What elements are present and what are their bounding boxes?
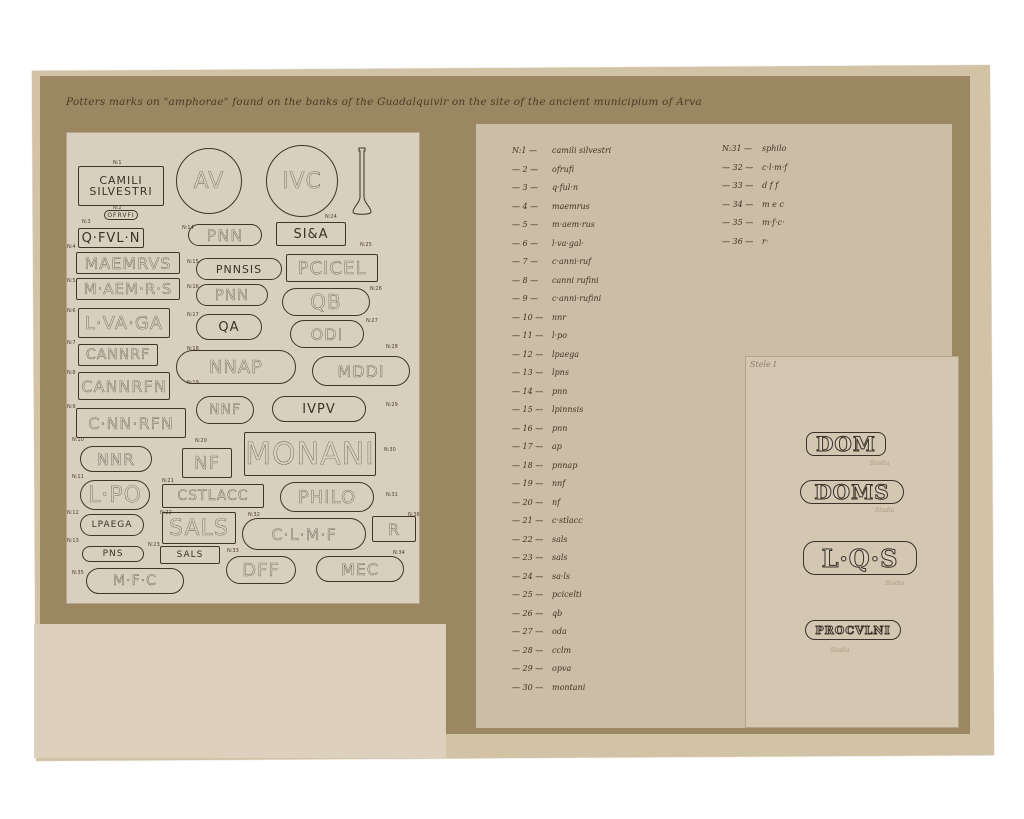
stamp-number: N:10 <box>72 437 84 443</box>
potter-stamp: SI&A <box>276 222 346 246</box>
potter-stamp: NNAP <box>176 350 296 384</box>
stamp-caption: Stadia <box>830 647 849 654</box>
stamp-number: N:21 <box>162 478 174 484</box>
list-item: — 5 —m·aem·rus <box>512 220 611 239</box>
stamp-number: N:23 <box>148 542 160 548</box>
stamp-number: N:34 <box>393 550 405 556</box>
stamp-number: N:19 <box>187 380 199 386</box>
list-item-number: — 33 — <box>722 181 762 190</box>
list-item: — 15 —lpinnsis <box>512 405 611 424</box>
potter-stamp: PCICEL <box>286 254 378 282</box>
list-item: — 4 —maemrus <box>512 202 611 221</box>
potter-stamp: PNN <box>196 284 268 306</box>
list-item-number: — 35 — <box>722 218 762 227</box>
list-item-value: l·po <box>552 331 567 340</box>
list-item: — 3 —q·ful·n <box>512 183 611 202</box>
list-item-value: pnn <box>552 424 567 433</box>
list-item-value: canni rufini <box>552 276 599 285</box>
list-item-number: — 25 — <box>512 590 552 599</box>
stamp-number: N:3 <box>82 219 91 225</box>
list-item-number: — 18 — <box>512 461 552 470</box>
potter-stamp: MONANI <box>244 432 376 476</box>
potter-stamp: MEC <box>316 556 404 582</box>
potter-stamp: AV <box>176 148 242 214</box>
stamp-number: N:17 <box>187 312 199 318</box>
stele-label: Stele I <box>750 360 776 369</box>
list-item-value: cclm <box>552 646 571 655</box>
potter-stamp: Q·FVL·N <box>78 228 144 248</box>
list-item-number: — 11 — <box>512 331 552 340</box>
stamp-number: N:33 <box>227 548 239 554</box>
list-item-value: m e c <box>762 200 784 209</box>
stamp-number: N:15 <box>187 259 199 265</box>
list-item-value: qb <box>552 609 562 618</box>
potter-stamp: C·L·M·F <box>242 518 366 550</box>
list-item: — 19 —nnf <box>512 479 611 498</box>
list-item: — 10 —nnr <box>512 313 611 332</box>
potter-stamp: IVC <box>266 145 338 217</box>
stamp-number: N:27 <box>366 318 378 324</box>
list-item-number: — 19 — <box>512 479 552 488</box>
list-item: — 32 —c·l·m·f <box>722 163 787 182</box>
stamp-number: N:6 <box>67 308 76 314</box>
list-item-value: maemrus <box>552 202 590 211</box>
stamp-number: N:28 <box>386 344 398 350</box>
list-item-number: — 5 — <box>512 220 552 229</box>
list-item-value: d f f <box>762 181 778 190</box>
potter-stamp: IVPV <box>272 396 366 422</box>
list-item: — 2 —ofrufi <box>512 165 611 184</box>
stamp-number: N:16 <box>187 284 199 290</box>
list-item-number: — 20 — <box>512 498 552 507</box>
list-item-value: ap <box>552 442 562 451</box>
stamp-number: N:29 <box>386 402 398 408</box>
pencil-note <box>615 410 617 417</box>
list-item-number: — 30 — <box>512 683 552 692</box>
stamp-number: N:32 <box>248 512 260 518</box>
list-item-value: c·anni·ruf <box>552 257 591 266</box>
list-item: — 34 —m e c <box>722 200 787 219</box>
stamp-number: N:13 <box>67 538 79 544</box>
list-item-value: lpinnsis <box>552 405 583 414</box>
stamp-caption: Stadia <box>870 460 889 467</box>
list-item-number: — 7 — <box>512 257 552 266</box>
plate-title: Potters marks on "amphorae" found on the… <box>66 96 702 108</box>
potter-stamp: M·AEM·R·S <box>76 278 180 300</box>
list-item: — 20 —nf <box>512 498 611 517</box>
stamp-number: N:4 <box>67 244 76 250</box>
potter-stamp: QA <box>196 314 262 340</box>
list-item-value: camili silvestri <box>552 146 611 155</box>
list-item-value: m·f·c· <box>762 218 785 227</box>
stamp-number: N:14 <box>182 225 194 231</box>
list-item-number: — 15 — <box>512 405 552 414</box>
list-item: — 16 —pnn <box>512 424 611 443</box>
list-item: — 36 —r· <box>722 237 787 256</box>
list-item-number: — 13 — <box>512 368 552 377</box>
list-item-number: — 28 — <box>512 646 552 655</box>
potter-stamp: SALS <box>160 546 220 564</box>
list-item: — 25 —pcicelti <box>512 590 611 609</box>
potter-stamp: C·NN·RFN <box>76 408 186 438</box>
list-item-value: nf <box>552 498 560 507</box>
potter-stamp: M·F·C <box>86 568 184 594</box>
potter-stamp: PNNSIS <box>196 258 282 280</box>
list-item-number: — 26 — <box>512 609 552 618</box>
list-item-number: — 2 — <box>512 165 552 174</box>
potter-stamp: CSTLACC <box>162 484 264 508</box>
stamp-number: N:22 <box>160 510 172 516</box>
list-item: — 30 —montani <box>512 683 611 702</box>
list-item: — 9 —c·anni·rufini <box>512 294 611 313</box>
stamp-number: N:18 <box>187 346 199 352</box>
list-item-value: r· <box>762 237 768 246</box>
stamp-number: N:7 <box>67 340 76 346</box>
stamp-number: N:26 <box>370 286 382 292</box>
transcription-list-1: N:1 —camili silvestri— 2 —ofrufi— 3 —q·f… <box>512 146 611 701</box>
list-item: — 21 —c·stlacc <box>512 516 611 535</box>
potter-stamp: PNN <box>188 224 262 246</box>
amphora-icon <box>350 146 374 218</box>
list-item-value: sals <box>552 553 568 562</box>
list-item-value: oda <box>552 627 567 636</box>
list-item-value: m·aem·rus <box>552 220 595 229</box>
list-item: — 23 —sals <box>512 553 611 572</box>
potter-stamp: SALS <box>162 512 236 544</box>
list-item-value: pnnap <box>552 461 577 470</box>
potter-stamp: CANNRFN <box>78 372 170 400</box>
list-item: — 7 —c·anni·ruf <box>512 257 611 276</box>
stamp-number: N:11 <box>72 474 84 480</box>
list-item: — 29 —opva <box>512 664 611 683</box>
list-item-number: — 17 — <box>512 442 552 451</box>
list-item: — 12 —lpaega <box>512 350 611 369</box>
potter-stamp: CANNRF <box>78 344 158 366</box>
list-item-value: pnn <box>552 387 567 396</box>
list-item-number: — 14 — <box>512 387 552 396</box>
list-item-number: — 27 — <box>512 627 552 636</box>
list-item: — 17 —ap <box>512 442 611 461</box>
stamp-number: N:5 <box>67 278 76 284</box>
stamp-caption: Stadia <box>875 507 894 514</box>
list-item-value: opva <box>552 664 571 673</box>
list-item-number: — 9 — <box>512 294 552 303</box>
list-item-number: N:1 — <box>512 146 552 155</box>
list-item: N:31 —sphilo <box>722 144 787 163</box>
potter-stamp: DFF <box>226 556 296 584</box>
list-item-number: — 23 — <box>512 553 552 562</box>
list-item: — 27 —oda <box>512 627 611 646</box>
list-item-value: sals <box>552 535 568 544</box>
list-item-value: sa·ls <box>552 572 570 581</box>
blank-card <box>34 624 446 758</box>
stamp-number: N:31 <box>386 492 398 498</box>
stamp-number: N:1 <box>113 160 122 166</box>
stamp-procvlni: PROCVLNI <box>805 620 901 640</box>
list-item-number: — 12 — <box>512 350 552 359</box>
potter-stamp: PNS <box>82 546 144 562</box>
list-item-value: c·anni·rufini <box>552 294 601 303</box>
stamp-number: N:12 <box>67 510 79 516</box>
stamp-number: N:2 <box>113 205 122 211</box>
list-item: — 13 —lpns <box>512 368 611 387</box>
potter-stamp: PHILO <box>280 482 374 512</box>
list-item-value: q·ful·n <box>552 183 578 192</box>
potter-stamp: L·PO <box>80 480 150 510</box>
stamp-number: N:9 <box>67 404 76 410</box>
potter-stamp: NNR <box>80 446 152 472</box>
potter-stamp: LPAEGA <box>80 514 144 536</box>
list-item: — 11 —l·po <box>512 331 611 350</box>
list-item-number: — 10 — <box>512 313 552 322</box>
potter-stamp: CAMILISILVESTRI <box>78 166 164 206</box>
list-item-value: c·l·m·f <box>762 163 787 172</box>
list-item-number: — 36 — <box>722 237 762 246</box>
list-item-value: sphilo <box>762 144 786 153</box>
potter-stamp: QB <box>282 288 370 316</box>
stamp-number: N:36 <box>408 512 420 518</box>
list-item-number: — 24 — <box>512 572 552 581</box>
list-item: — 35 —m·f·c· <box>722 218 787 237</box>
transcription-list-2: N:31 —sphilo— 32 —c·l·m·f— 33 —d f f— 34… <box>722 144 787 255</box>
list-item-value: lpaega <box>552 350 579 359</box>
list-item-value: l·va·gal· <box>552 239 584 248</box>
potter-stamp: MDDI <box>312 356 410 386</box>
stamp-number: N:24 <box>325 214 337 220</box>
list-item: — 28 —cclm <box>512 646 611 665</box>
list-item-value: nnr <box>552 313 566 322</box>
list-item: — 22 —sals <box>512 535 611 554</box>
list-item-value: c·stlacc <box>552 516 583 525</box>
list-item-number: — 8 — <box>512 276 552 285</box>
list-item-number: — 21 — <box>512 516 552 525</box>
stamp-number: N:25 <box>360 242 372 248</box>
potter-stamp: MAEMRVS <box>76 252 180 274</box>
list-item: — 24 —sa·ls <box>512 572 611 591</box>
list-item: — 8 —canni rufini <box>512 276 611 295</box>
list-item-number: — 29 — <box>512 664 552 673</box>
list-item-value: montani <box>552 683 585 692</box>
stamp-doms: DOMS <box>800 480 904 504</box>
list-item-number: — 4 — <box>512 202 552 211</box>
stamp-caption: Stadia <box>885 580 904 587</box>
stamp-lqs: L·Q·S <box>803 541 917 575</box>
list-item-value: nnf <box>552 479 565 488</box>
potter-stamp: ODI <box>290 320 364 348</box>
list-item-value: ofrufi <box>552 165 574 174</box>
stamp-number: N:8 <box>67 370 76 376</box>
potter-stamp: OFRVFI <box>104 210 138 220</box>
list-item-number: N:31 — <box>722 144 762 153</box>
stamp-number: N:30 <box>384 447 396 453</box>
list-item-number: — 22 — <box>512 535 552 544</box>
potter-stamp: NNF <box>196 396 254 424</box>
potter-stamp: L·VA·GA <box>78 308 170 338</box>
potter-stamp: NF <box>182 448 232 478</box>
list-item-number: — 32 — <box>722 163 762 172</box>
list-item: — 6 —l·va·gal· <box>512 239 611 258</box>
list-item: — 26 —qb <box>512 609 611 628</box>
list-item-value: lpns <box>552 368 569 377</box>
list-item: — 14 —pnn <box>512 387 611 406</box>
list-item: N:1 —camili silvestri <box>512 146 611 165</box>
stamp-number: N:35 <box>72 570 84 576</box>
list-item-number: — 6 — <box>512 239 552 248</box>
list-item-value: pcicelti <box>552 590 582 599</box>
list-item: — 18 —pnnap <box>512 461 611 480</box>
stamp-dom: DOM <box>806 432 886 456</box>
list-item: — 33 —d f f <box>722 181 787 200</box>
potter-stamp: R <box>372 516 416 542</box>
list-item-number: — 3 — <box>512 183 552 192</box>
list-item-number: — 34 — <box>722 200 762 209</box>
list-item-number: — 16 — <box>512 424 552 433</box>
stamp-number: N:20 <box>195 438 207 444</box>
